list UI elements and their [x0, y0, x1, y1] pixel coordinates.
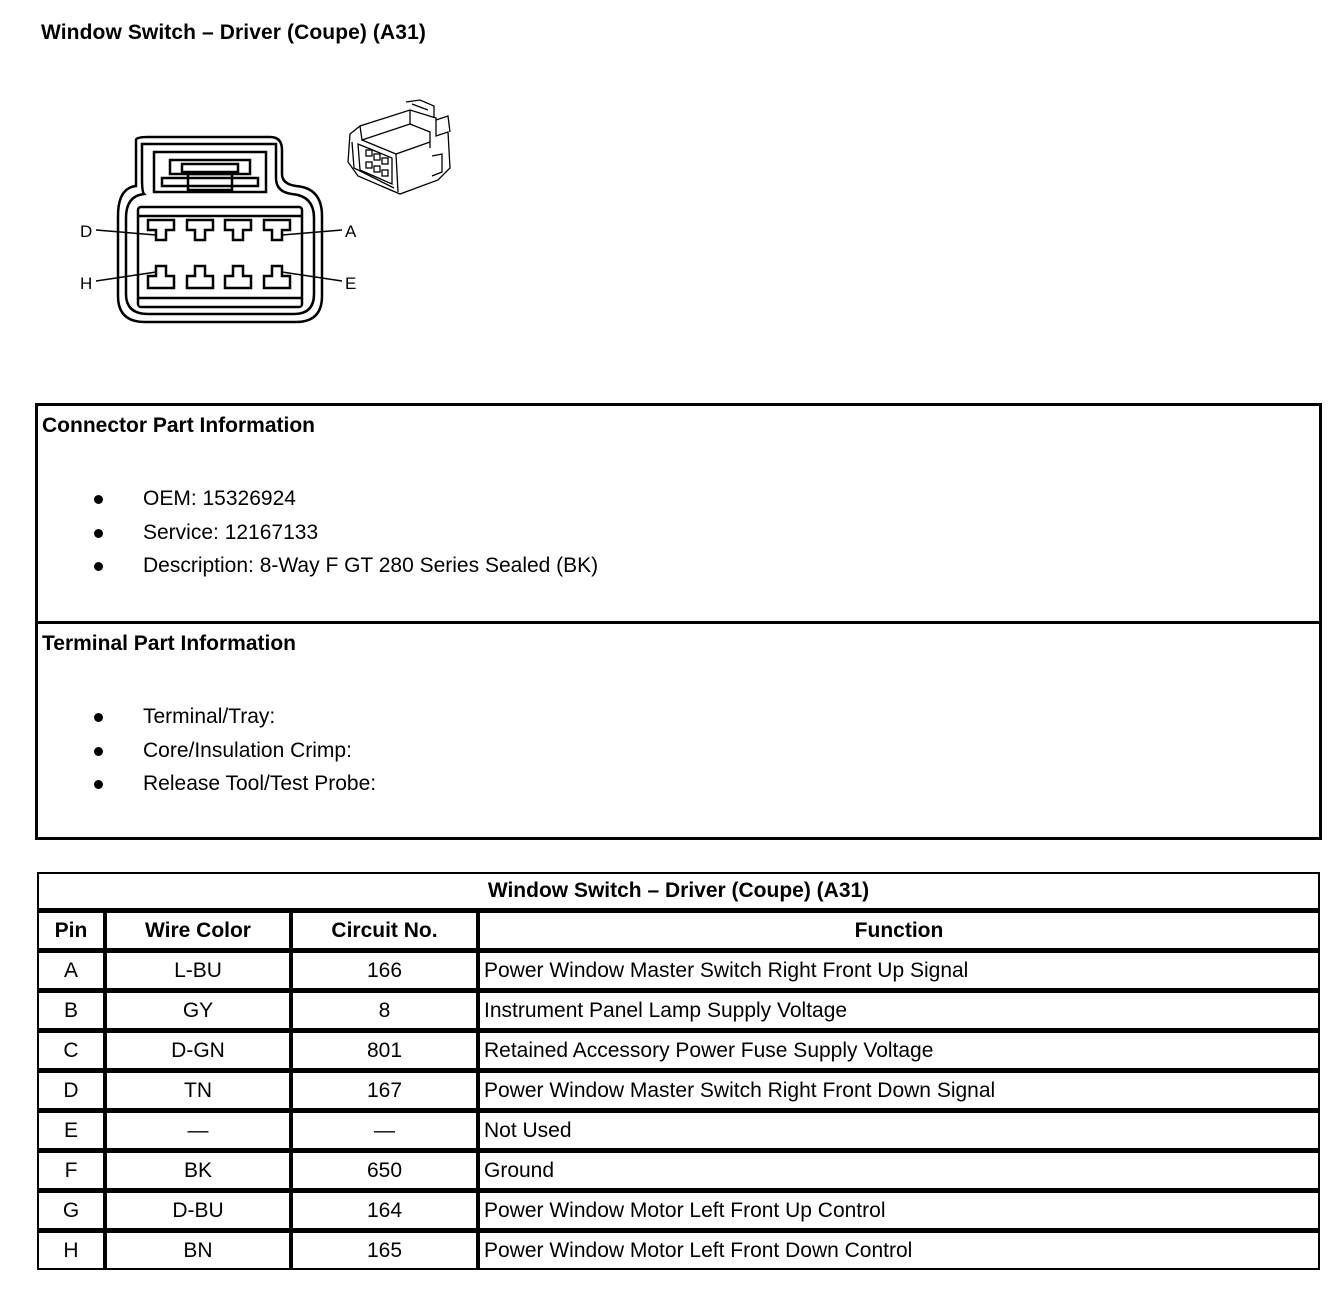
circuit-no-cell: 801: [291, 1031, 478, 1071]
bullet-icon: [94, 713, 103, 722]
function-cell: Ground: [478, 1151, 1319, 1191]
circuit-no-cell: 164: [291, 1191, 478, 1231]
list-item: Description: 8-Way F GT 280 Series Seale…: [38, 549, 598, 583]
wire-color-cell: D-BU: [105, 1191, 291, 1231]
list-item: Release Tool/Test Probe:: [38, 767, 376, 801]
column-header-pin: Pin: [38, 911, 105, 951]
pin-cell: B: [38, 991, 105, 1031]
function-cell: Power Window Motor Left Front Up Control: [478, 1191, 1319, 1231]
page-title: Window Switch – Driver (Coupe) (A31): [41, 21, 426, 45]
wire-color-cell: D-GN: [105, 1031, 291, 1071]
bullet-icon: [94, 529, 103, 538]
column-header-circuit-no: Circuit No.: [291, 911, 478, 951]
connector-info-list: OEM: 15326924 Service: 12167133 Descript…: [38, 482, 598, 583]
list-item: Core/Insulation Crimp:: [38, 734, 376, 768]
list-item: Service: 12167133: [38, 516, 598, 550]
circuit-no-cell: 650: [291, 1151, 478, 1191]
function-cell: Power Window Master Switch Right Front U…: [478, 951, 1319, 991]
table-header-row: Pin Wire Color Circuit No. Function: [38, 911, 1319, 951]
pin-label-h: H: [80, 274, 92, 293]
circuit-no-cell: 165: [291, 1231, 478, 1270]
column-header-wire-color: Wire Color: [105, 911, 291, 951]
pin-cell: C: [38, 1031, 105, 1071]
wire-color-cell: —: [105, 1111, 291, 1151]
wire-color-cell: L-BU: [105, 951, 291, 991]
wire-color-cell: BK: [105, 1151, 291, 1191]
table-title: Window Switch – Driver (Coupe) (A31): [38, 873, 1319, 911]
bullet-icon: [94, 562, 103, 571]
table-row: AL-BU166Power Window Master Switch Right…: [38, 951, 1319, 991]
pin-cell: E: [38, 1111, 105, 1151]
function-cell: Power Window Motor Left Front Down Contr…: [478, 1231, 1319, 1270]
table-row: HBN165Power Window Motor Left Front Down…: [38, 1231, 1319, 1270]
pin-label-a: A: [345, 222, 357, 241]
pin-cell: F: [38, 1151, 105, 1191]
part-info-box: Connector Part Information OEM: 15326924…: [35, 403, 1322, 840]
function-cell: Power Window Master Switch Right Front D…: [478, 1071, 1319, 1111]
list-item: OEM: 15326924: [38, 482, 598, 516]
column-header-function: Function: [478, 911, 1319, 951]
function-cell: Not Used: [478, 1111, 1319, 1151]
pinout-table: Window Switch – Driver (Coupe) (A31) Pin…: [37, 872, 1320, 1270]
terminal-info-heading: Terminal Part Information: [42, 632, 296, 656]
table-row: CD-GN801Retained Accessory Power Fuse Su…: [38, 1031, 1319, 1071]
circuit-no-cell: 8: [291, 991, 478, 1031]
table-row: FBK650Ground: [38, 1151, 1319, 1191]
connector-part-info: Connector Part Information OEM: 15326924…: [38, 406, 1319, 624]
table-row: GD-BU164Power Window Motor Left Front Up…: [38, 1191, 1319, 1231]
terminal-part-info: Terminal Part Information Terminal/Tray:…: [38, 624, 1319, 837]
circuit-no-cell: 167: [291, 1071, 478, 1111]
pin-cell: A: [38, 951, 105, 991]
bullet-icon: [94, 747, 103, 756]
function-cell: Retained Accessory Power Fuse Supply Vol…: [478, 1031, 1319, 1071]
table-title-row: Window Switch – Driver (Coupe) (A31): [38, 873, 1319, 911]
connector-isometric-image: [338, 96, 458, 196]
connector-info-heading: Connector Part Information: [42, 414, 315, 438]
pin-cell: G: [38, 1191, 105, 1231]
pin-label-d: D: [80, 222, 92, 241]
wire-color-cell: TN: [105, 1071, 291, 1111]
connector-face-diagram: D A H E: [70, 100, 370, 330]
pin-cell: D: [38, 1071, 105, 1111]
pin-cell: H: [38, 1231, 105, 1270]
function-cell: Instrument Panel Lamp Supply Voltage: [478, 991, 1319, 1031]
wire-color-cell: BN: [105, 1231, 291, 1270]
terminal-info-list: Terminal/Tray: Core/Insulation Crimp: Re…: [38, 700, 376, 801]
table-row: BGY8Instrument Panel Lamp Supply Voltage: [38, 991, 1319, 1031]
table-row: E——Not Used: [38, 1111, 1319, 1151]
circuit-no-cell: —: [291, 1111, 478, 1151]
bullet-icon: [94, 780, 103, 789]
table-row: DTN167Power Window Master Switch Right F…: [38, 1071, 1319, 1111]
pin-label-e: E: [345, 274, 356, 293]
wire-color-cell: GY: [105, 991, 291, 1031]
circuit-no-cell: 166: [291, 951, 478, 991]
bullet-icon: [94, 495, 103, 504]
list-item: Terminal/Tray:: [38, 700, 376, 734]
